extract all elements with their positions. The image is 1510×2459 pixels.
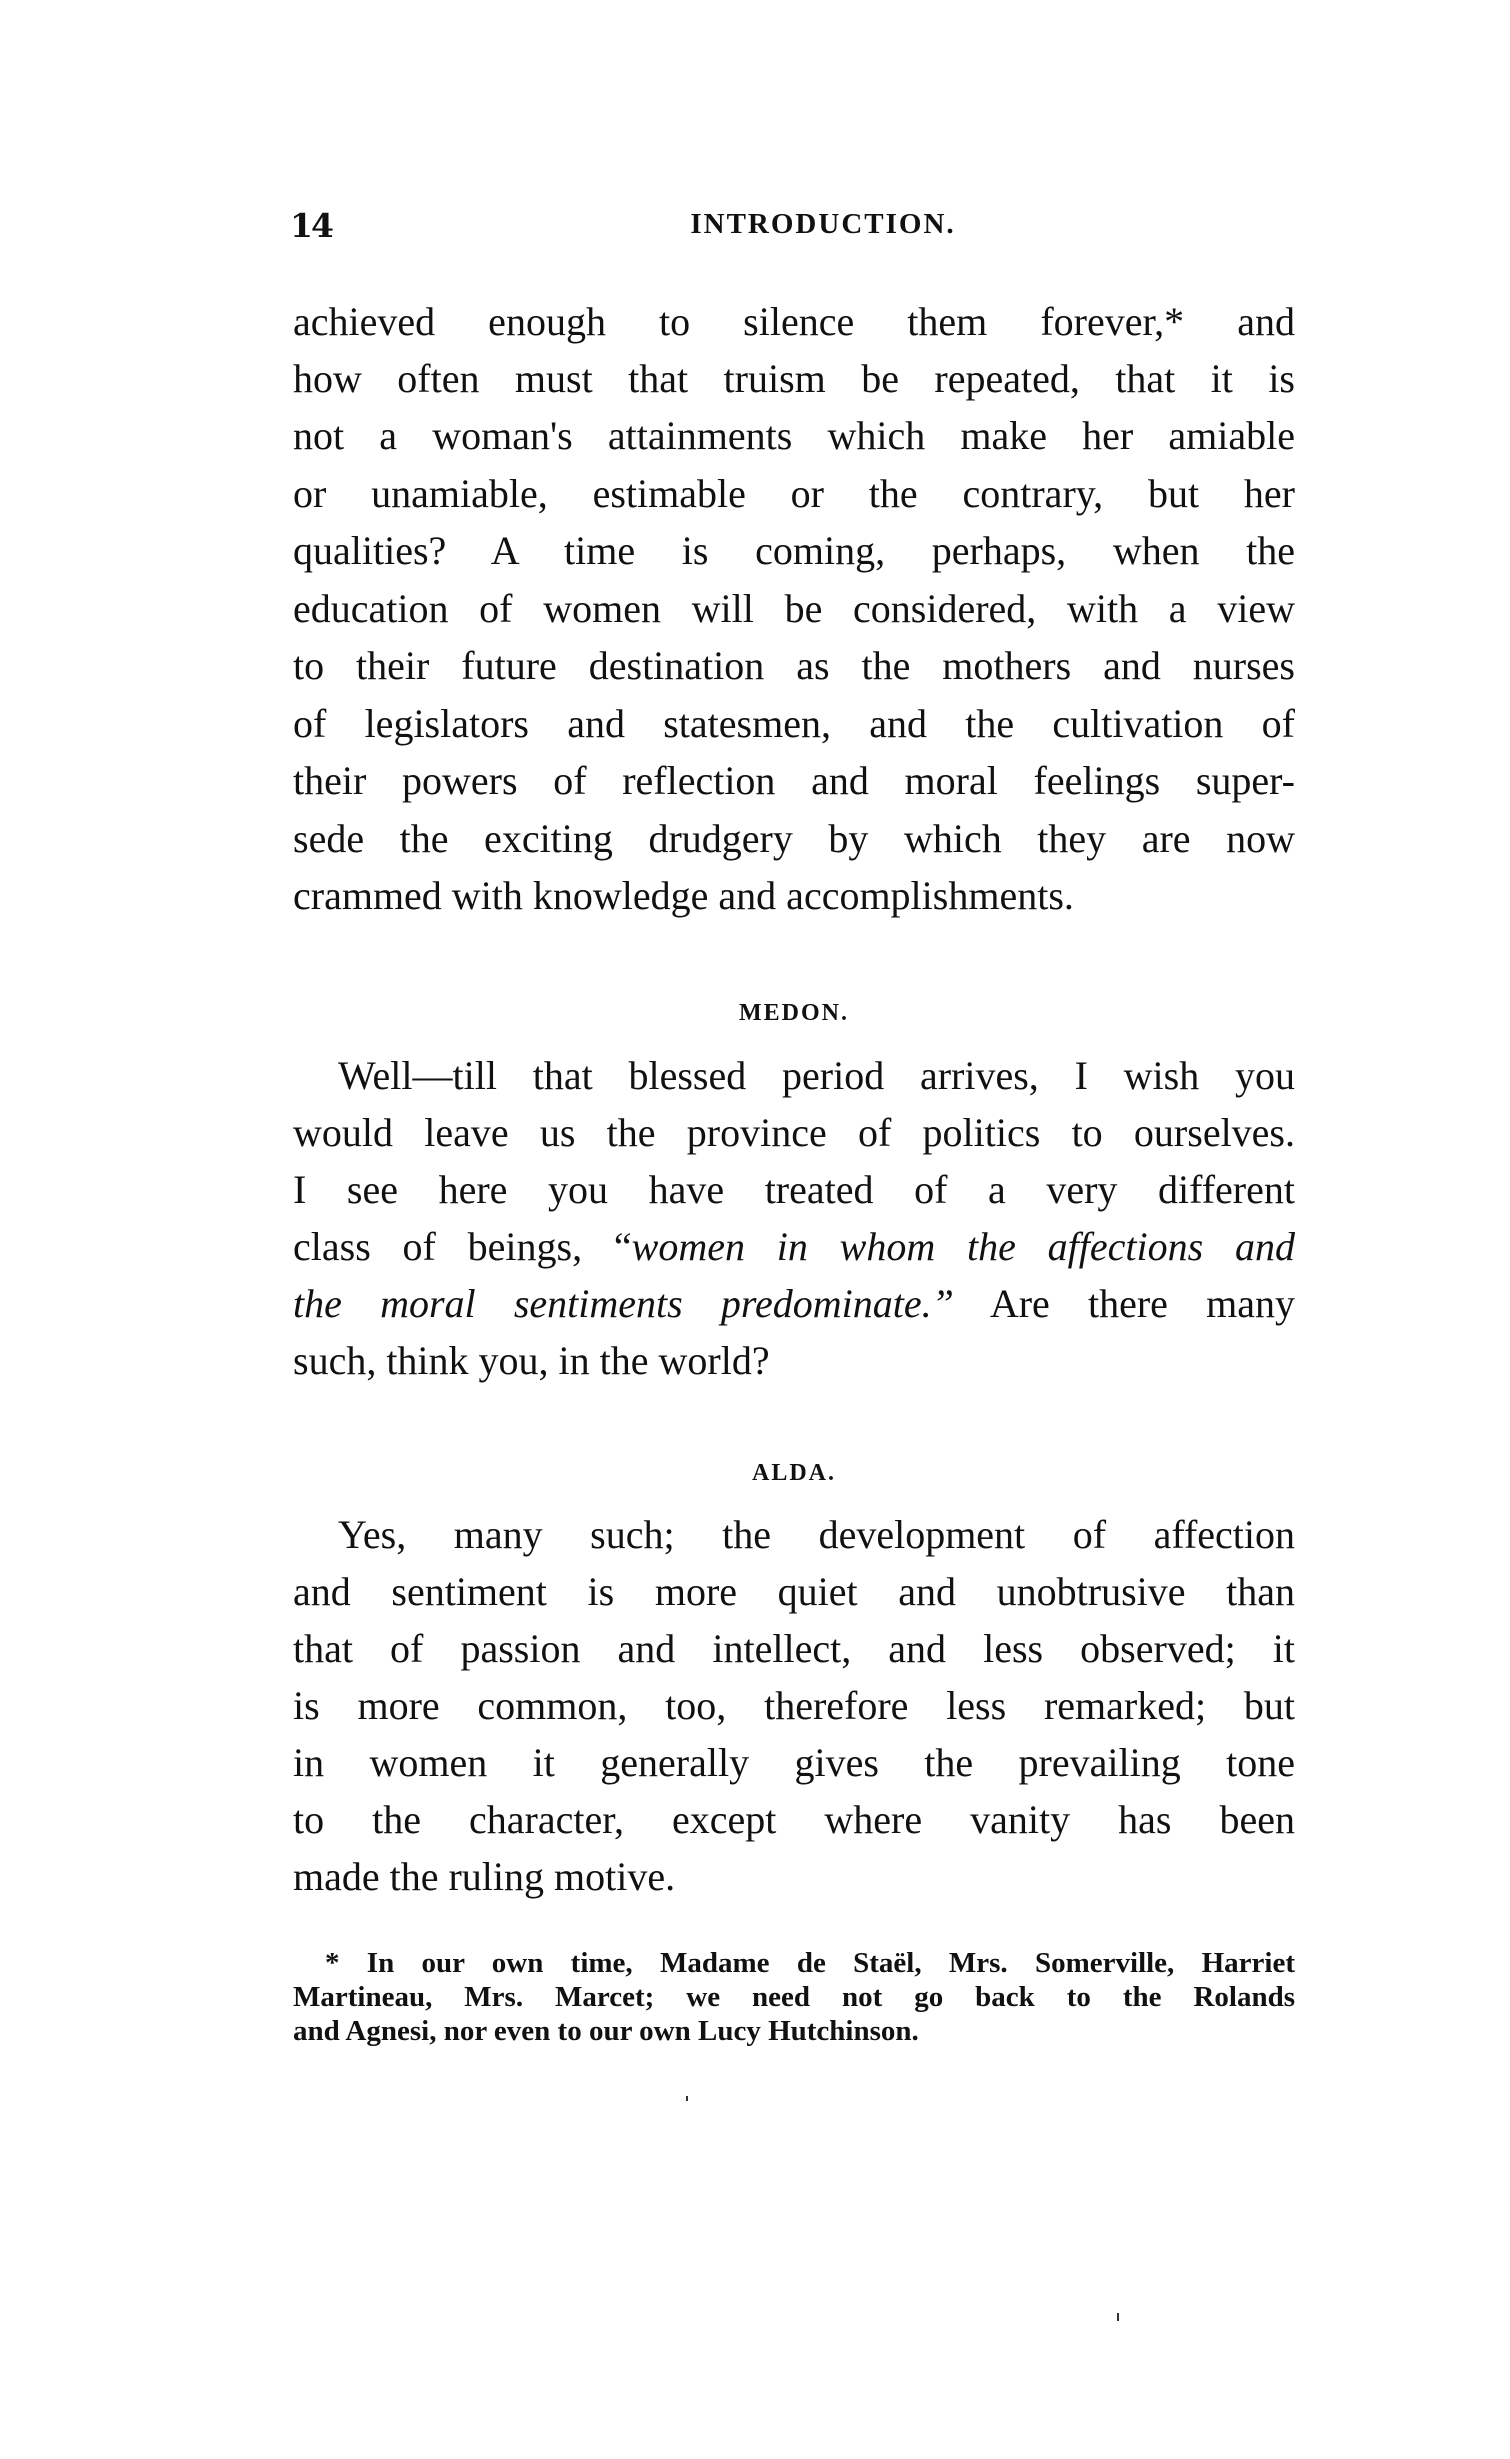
text-line: education of women will be considered, w…	[293, 585, 1295, 633]
text-line: their powers of reflection and moral fee…	[293, 757, 1295, 805]
scan-speck	[686, 2096, 688, 2101]
text-line: the moral sentiments predominate.” Are t…	[293, 1280, 1295, 1328]
plain-text: class of beings, “	[293, 1224, 632, 1269]
text-line: made the ruling motive.	[293, 1853, 1295, 1901]
text-line: to the character, except where vanity ha…	[293, 1796, 1295, 1844]
text-line: how often must that truism be repeated, …	[293, 355, 1295, 403]
text-line: not a woman's attainments which make her…	[293, 412, 1295, 460]
text-line: Well—till that blessed period arrives, I…	[338, 1052, 1295, 1100]
speaker-heading-medon: MEDON.	[293, 1000, 1295, 1027]
text-line: or unamiable, estimable or the contrary,…	[293, 470, 1295, 518]
running-head: 14 INTRODUCTION.	[290, 206, 1296, 246]
speaker-heading-alda: ALDA.	[293, 1460, 1295, 1487]
text-line: I see here you have treated of a very di…	[293, 1166, 1295, 1214]
text-line: that of passion and intellect, and less …	[293, 1625, 1295, 1673]
text-line: such, think you, in the world?	[293, 1337, 1295, 1385]
italic-quotation: women in whom the affections and	[632, 1224, 1295, 1269]
italic-quotation: the moral sentiments predominate.”	[293, 1281, 954, 1326]
book-page: 14 INTRODUCTION. achieved enough to sile…	[0, 0, 1510, 2459]
text-line: to their future destination as the mothe…	[293, 642, 1295, 690]
text-line: Yes, many such; the development of affec…	[338, 1511, 1295, 1559]
plain-text: Are there many	[954, 1281, 1295, 1326]
text-line: in women it generally gives the prevaili…	[293, 1739, 1295, 1787]
scan-speck	[1117, 2313, 1119, 2321]
text-line: would leave us the province of politics …	[293, 1109, 1295, 1157]
text-line: sede the exciting drudgery by which they…	[293, 815, 1295, 863]
footnote-line: * In our own time, Madame de Staël, Mrs.…	[325, 1945, 1295, 1981]
text-line: achieved enough to silence them forever,…	[293, 298, 1295, 346]
footnote-line: and Agnesi, nor even to our own Lucy Hut…	[293, 2013, 1295, 2049]
text-line: class of beings, “women in whom the affe…	[293, 1223, 1295, 1271]
text-line: crammed with knowledge and accomplishmen…	[293, 872, 1295, 920]
text-line: qualities? A time is coming, perhaps, wh…	[293, 527, 1295, 575]
running-title: INTRODUCTION.	[290, 208, 1296, 241]
footnote-line: Martineau, Mrs. Marcet; we need not go b…	[293, 1979, 1295, 2015]
text-line: of legislators and statesmen, and the cu…	[293, 700, 1295, 748]
text-line: and sentiment is more quiet and unobtrus…	[293, 1568, 1295, 1616]
text-line: is more common, too, therefore less rema…	[293, 1682, 1295, 1730]
